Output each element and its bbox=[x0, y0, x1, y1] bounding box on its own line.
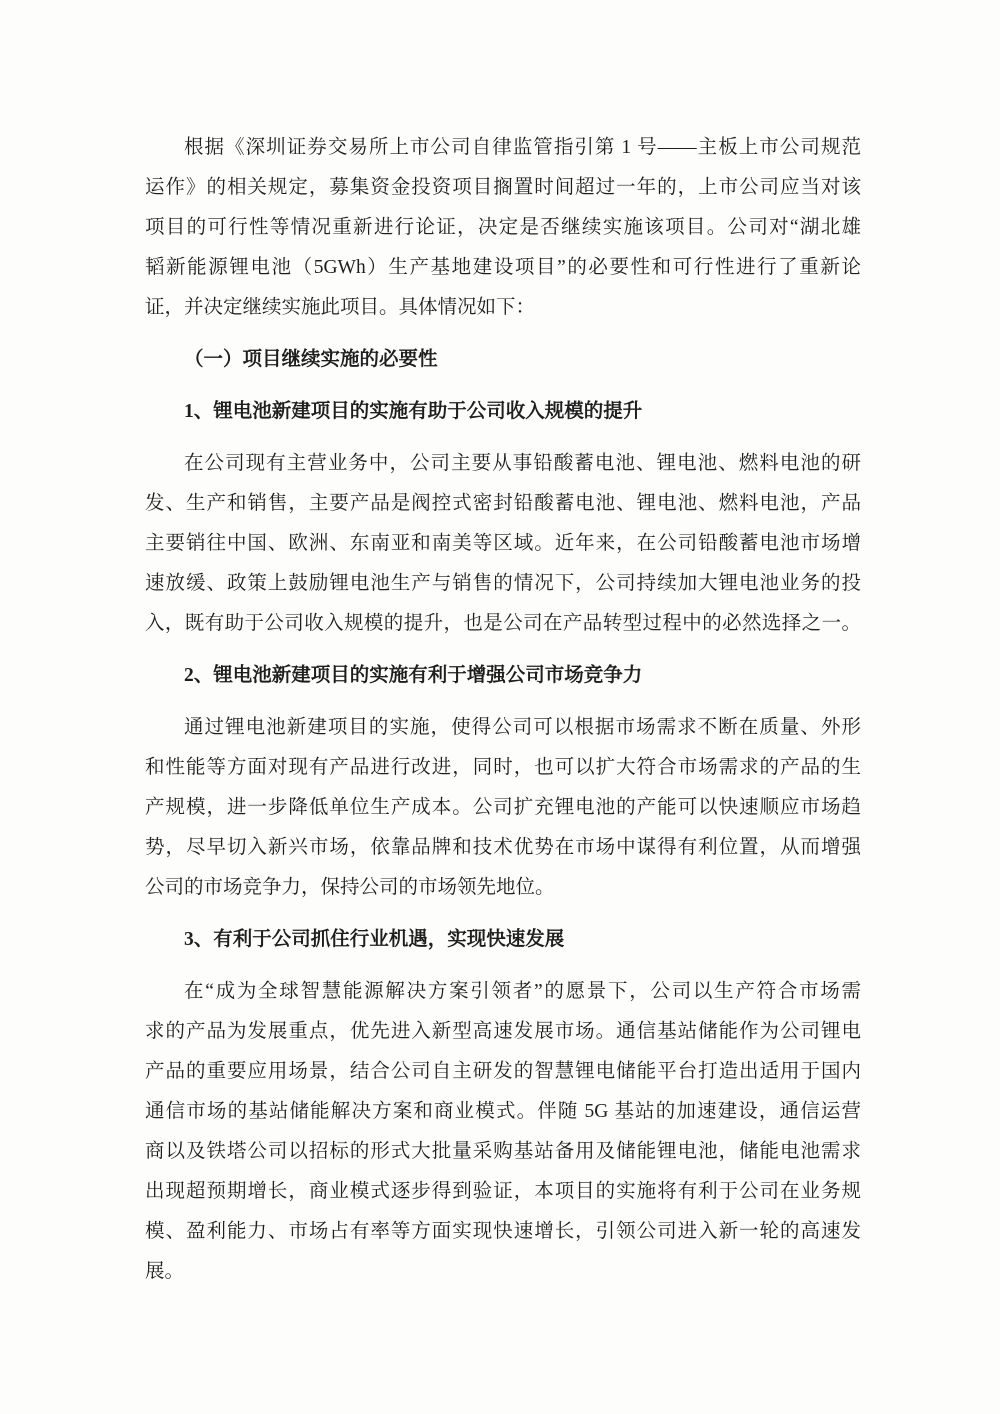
subsection-1-paragraph: 在公司现有主营业务中，公司主要从事铅酸蓄电池、锂电池、燃料电池的研发、生产和销售… bbox=[145, 444, 861, 644]
text-line: 通过锂电池新建项目的实施，使得公司可以根据市场需求不断在质量、外形 bbox=[145, 708, 861, 748]
heading-text: （一）项目继续实施的必要性 bbox=[145, 340, 861, 380]
text-line: 势，尽早切入新兴市场，依靠品牌和技术优势在市场中谋得有利位置，从而增强 bbox=[145, 828, 861, 868]
text-line: 运作》的相关规定，募集资金投资项目搁置时间超过一年的，上市公司应当对该 bbox=[145, 168, 861, 208]
text-line: 和性能等方面对现有产品进行改进，同时，也可以扩大符合市场需求的产品的生 bbox=[145, 748, 861, 788]
text-line: 出现超预期增长，商业模式逐步得到验证，本项目的实施将有利于公司在业务规 bbox=[145, 1172, 861, 1212]
subsection-1-heading: 1、锂电池新建项目的实施有助于公司收入规模的提升 bbox=[145, 392, 861, 432]
text-line: 主要销往中国、欧洲、东南亚和南美等区域。近年来，在公司铅酸蓄电池市场增 bbox=[145, 524, 861, 564]
text-line: 证，并决定继续实施此项目。具体情况如下： bbox=[145, 288, 861, 328]
section-1-heading: （一）项目继续实施的必要性 bbox=[145, 340, 861, 380]
text-line: 根据《深圳证券交易所上市公司自律监管指引第 1 号——主板上市公司规范 bbox=[145, 128, 861, 168]
text-line: 韬新能源锂电池（5GWh）生产基地建设项目”的必要性和可行性进行了重新论 bbox=[145, 248, 861, 288]
text-line: 项目的可行性等情况重新进行论证，决定是否继续实施该项目。公司对“湖北雄 bbox=[145, 208, 861, 248]
text-line: 在公司现有主营业务中，公司主要从事铅酸蓄电池、锂电池、燃料电池的研 bbox=[145, 444, 861, 484]
text-line: 求的产品为发展重点，优先进入新型高速发展市场。通信基站储能作为公司锂电 bbox=[145, 1012, 861, 1052]
text-line: 产规模，进一步降低单位生产成本。公司扩充锂电池的产能可以快速顺应市场趋 bbox=[145, 788, 861, 828]
text-line: 入，既有助于公司收入规模的提升，也是公司在产品转型过程中的必然选择之一。 bbox=[145, 604, 861, 644]
text-line: 展。 bbox=[145, 1252, 861, 1292]
text-line: 公司的市场竞争力，保持公司的市场领先地位。 bbox=[145, 868, 861, 908]
text-line: 速放缓、政策上鼓励锂电池生产与销售的情况下，公司持续加大锂电池业务的投 bbox=[145, 564, 861, 604]
intro-paragraph: 根据《深圳证券交易所上市公司自律监管指引第 1 号——主板上市公司规范运作》的相… bbox=[145, 128, 861, 328]
text-line: 通信市场的基站储能解决方案和商业模式。伴随 5G 基站的加速建设，通信运营 bbox=[145, 1092, 861, 1132]
heading-text: 2、锂电池新建项目的实施有利于增强公司市场竞争力 bbox=[145, 656, 861, 696]
document-body: 根据《深圳证券交易所上市公司自律监管指引第 1 号——主板上市公司规范运作》的相… bbox=[145, 128, 861, 1292]
document-page: 根据《深圳证券交易所上市公司自律监管指引第 1 号——主板上市公司规范运作》的相… bbox=[0, 0, 1000, 1414]
text-line: 模、盈利能力、市场占有率等方面实现快速增长，引领公司进入新一轮的高速发 bbox=[145, 1212, 861, 1252]
text-line: 产品的重要应用场景，结合公司自主研发的智慧锂电储能平台打造出适用于国内 bbox=[145, 1052, 861, 1092]
heading-text: 1、锂电池新建项目的实施有助于公司收入规模的提升 bbox=[145, 392, 861, 432]
subsection-3-paragraph: 在“成为全球智慧能源解决方案引领者”的愿景下，公司以生产符合市场需求的产品为发展… bbox=[145, 972, 861, 1292]
text-line: 在“成为全球智慧能源解决方案引领者”的愿景下，公司以生产符合市场需 bbox=[145, 972, 861, 1012]
heading-text: 3、有利于公司抓住行业机遇，实现快速发展 bbox=[145, 920, 861, 960]
text-line: 发、生产和销售，主要产品是阀控式密封铅酸蓄电池、锂电池、燃料电池，产品 bbox=[145, 484, 861, 524]
subsection-2-heading: 2、锂电池新建项目的实施有利于增强公司市场竞争力 bbox=[145, 656, 861, 696]
text-line: 商以及铁塔公司以招标的形式大批量采购基站备用及储能锂电池，储能电池需求 bbox=[145, 1132, 861, 1172]
subsection-2-paragraph: 通过锂电池新建项目的实施，使得公司可以根据市场需求不断在质量、外形和性能等方面对… bbox=[145, 708, 861, 908]
subsection-3-heading: 3、有利于公司抓住行业机遇，实现快速发展 bbox=[145, 920, 861, 960]
